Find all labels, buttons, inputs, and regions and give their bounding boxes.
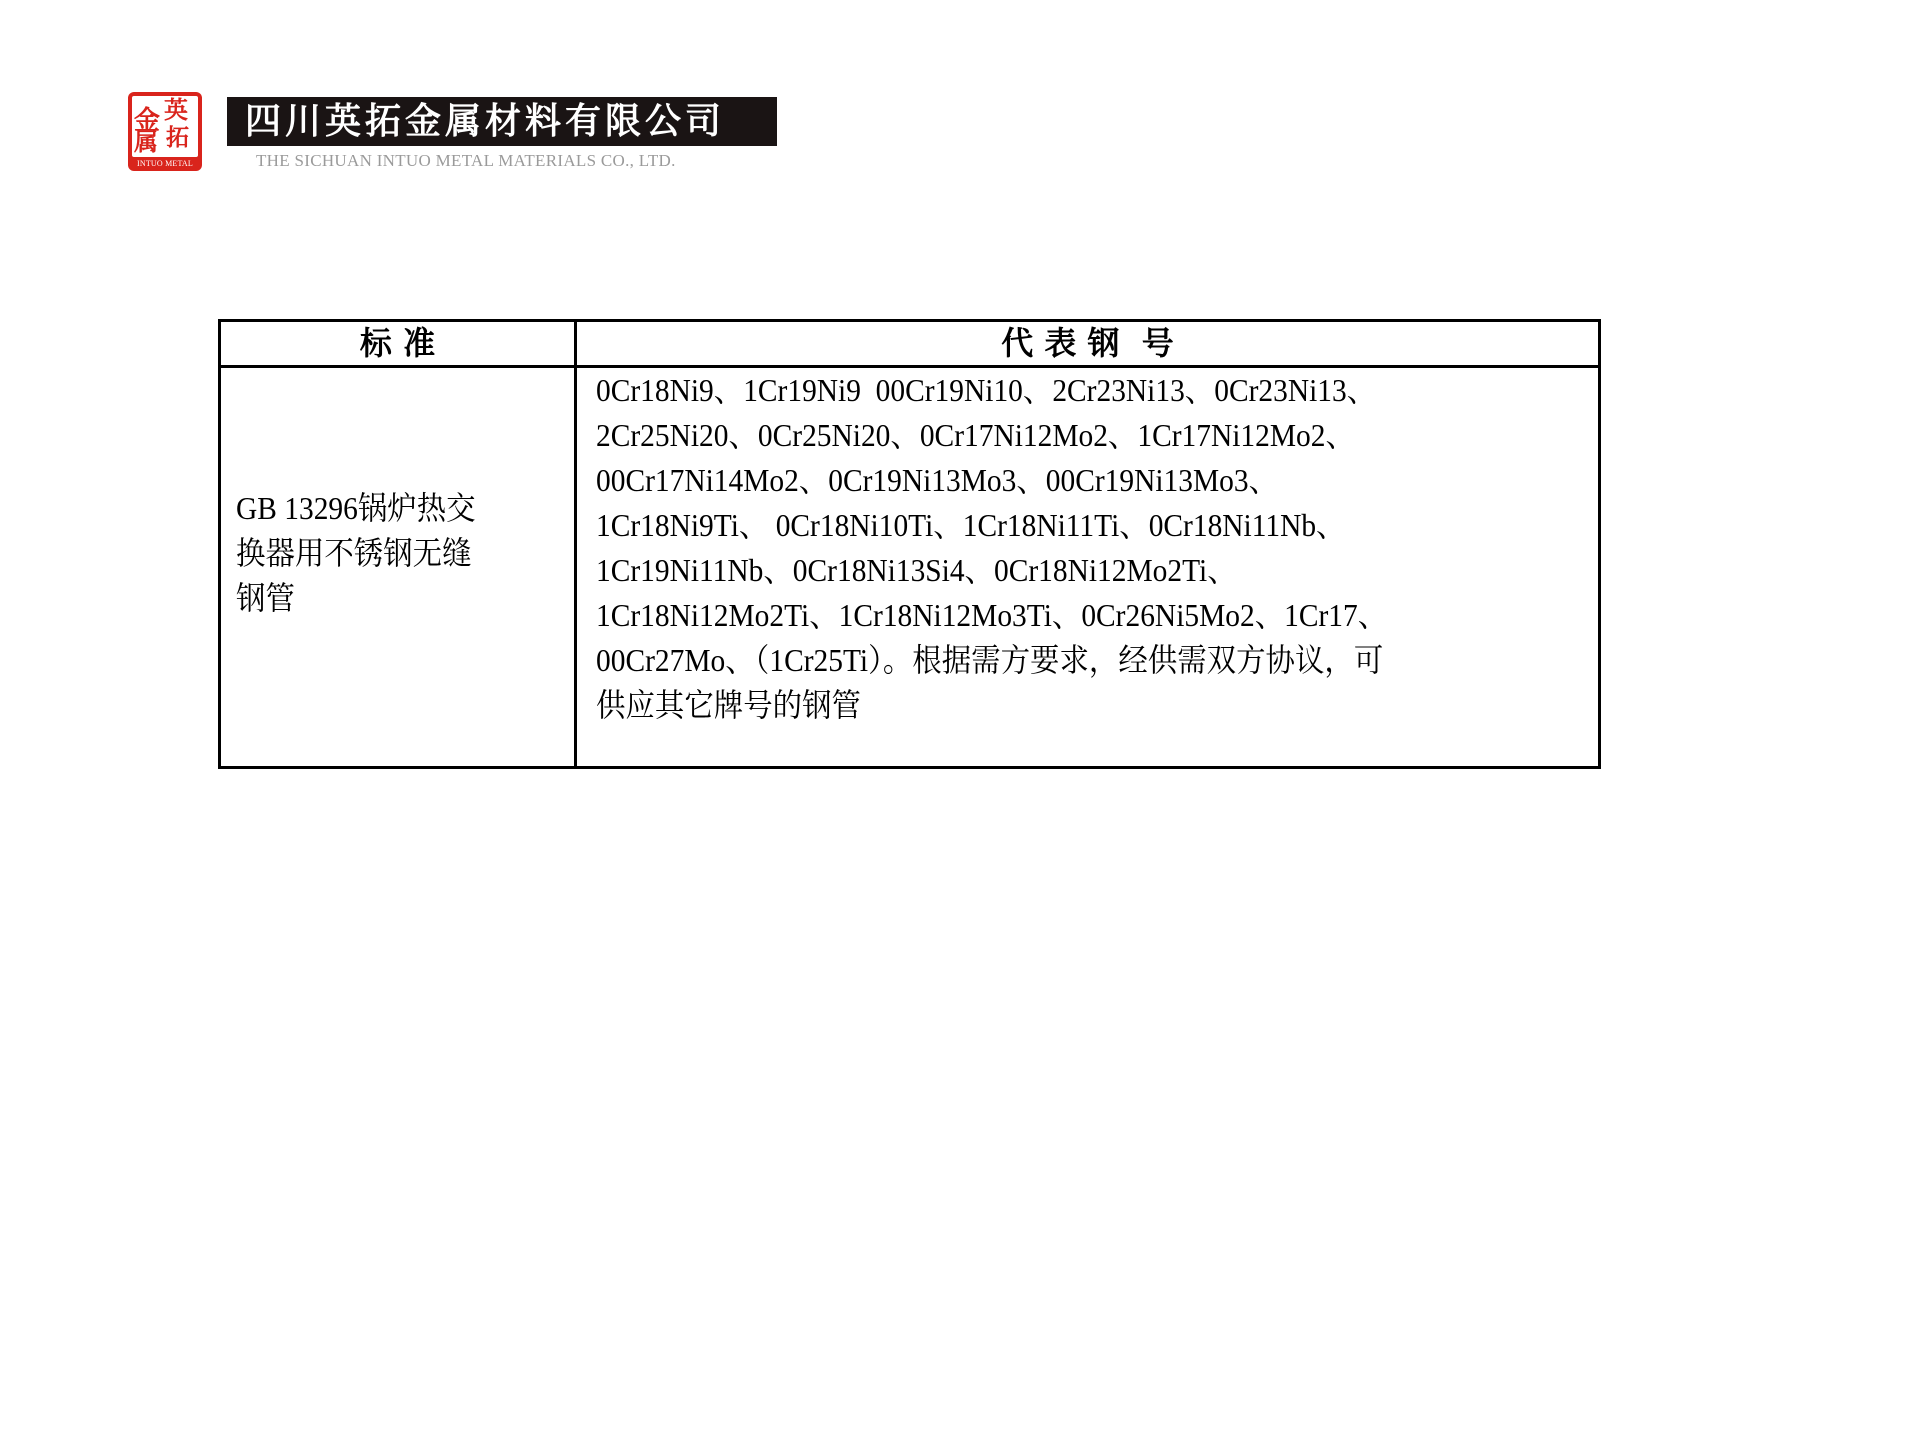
seal-caption: INTUO METAL	[132, 158, 198, 169]
grades-line: 1Cr19Ni11Nb、0Cr18Ni13Si4、0Cr18Ni12Mo2Ti、	[596, 548, 1516, 593]
grades-line: 00Cr27Mo、（1Cr25Ti）。根据需方要求，经供需双方协议，可	[596, 638, 1516, 683]
seal-inner: 金 英 属 拓	[132, 96, 198, 157]
grades-line: 2Cr25Ni20、0Cr25Ni20、0Cr17Ni12Mo2、1Cr17Ni…	[596, 413, 1516, 458]
grades-line: 1Cr18Ni12Mo2Ti、1Cr18Ni12Mo3Ti、0Cr26Ni5Mo…	[596, 593, 1516, 638]
steel-grade-table: 标 准 代 表 钢 号 GB 13296锅炉热交 换器用不锈钢无缝 钢管 0Cr…	[218, 319, 1601, 769]
grades-cell: 0Cr18Ni9、1Cr19Ni9 00Cr19Ni10、2Cr23Ni13、0…	[596, 368, 1596, 728]
grades-line: 1Cr18Ni9Ti、 0Cr18Ni10Ti、1Cr18Ni11Ti、0Cr1…	[596, 503, 1516, 548]
column-header-standard: 标 准	[221, 322, 574, 365]
standard-line: GB 13296锅炉热交	[236, 486, 540, 531]
grades-line: 供应其它牌号的钢管	[596, 683, 1516, 728]
company-name-cn: 四川英拓金属材料有限公司	[245, 100, 725, 143]
standard-cell: GB 13296锅炉热交 换器用不锈钢无缝 钢管	[236, 486, 566, 621]
seal-glyph: 属	[134, 130, 158, 154]
grades-line: 00Cr17Ni14Mo2、0Cr19Ni13Mo3、00Cr19Ni13Mo3…	[596, 458, 1516, 503]
seal-glyph: 英	[164, 98, 188, 122]
standard-line: 钢管	[236, 576, 540, 621]
column-header-grades: 代 表 钢 号	[577, 322, 1598, 365]
standard-line: 换器用不锈钢无缝	[236, 531, 540, 576]
grades-line: 0Cr18Ni9、1Cr19Ni9 00Cr19Ni10、2Cr23Ni13、0…	[596, 368, 1516, 413]
company-seal-logo: 金 英 属 拓 INTUO METAL	[128, 92, 202, 171]
company-name-banner: 四川英拓金属材料有限公司	[227, 97, 777, 146]
seal-glyph: 拓	[166, 126, 189, 149]
company-name-en: THE SICHUAN INTUO METAL MATERIALS CO., L…	[256, 151, 766, 171]
column-divider	[574, 322, 577, 766]
